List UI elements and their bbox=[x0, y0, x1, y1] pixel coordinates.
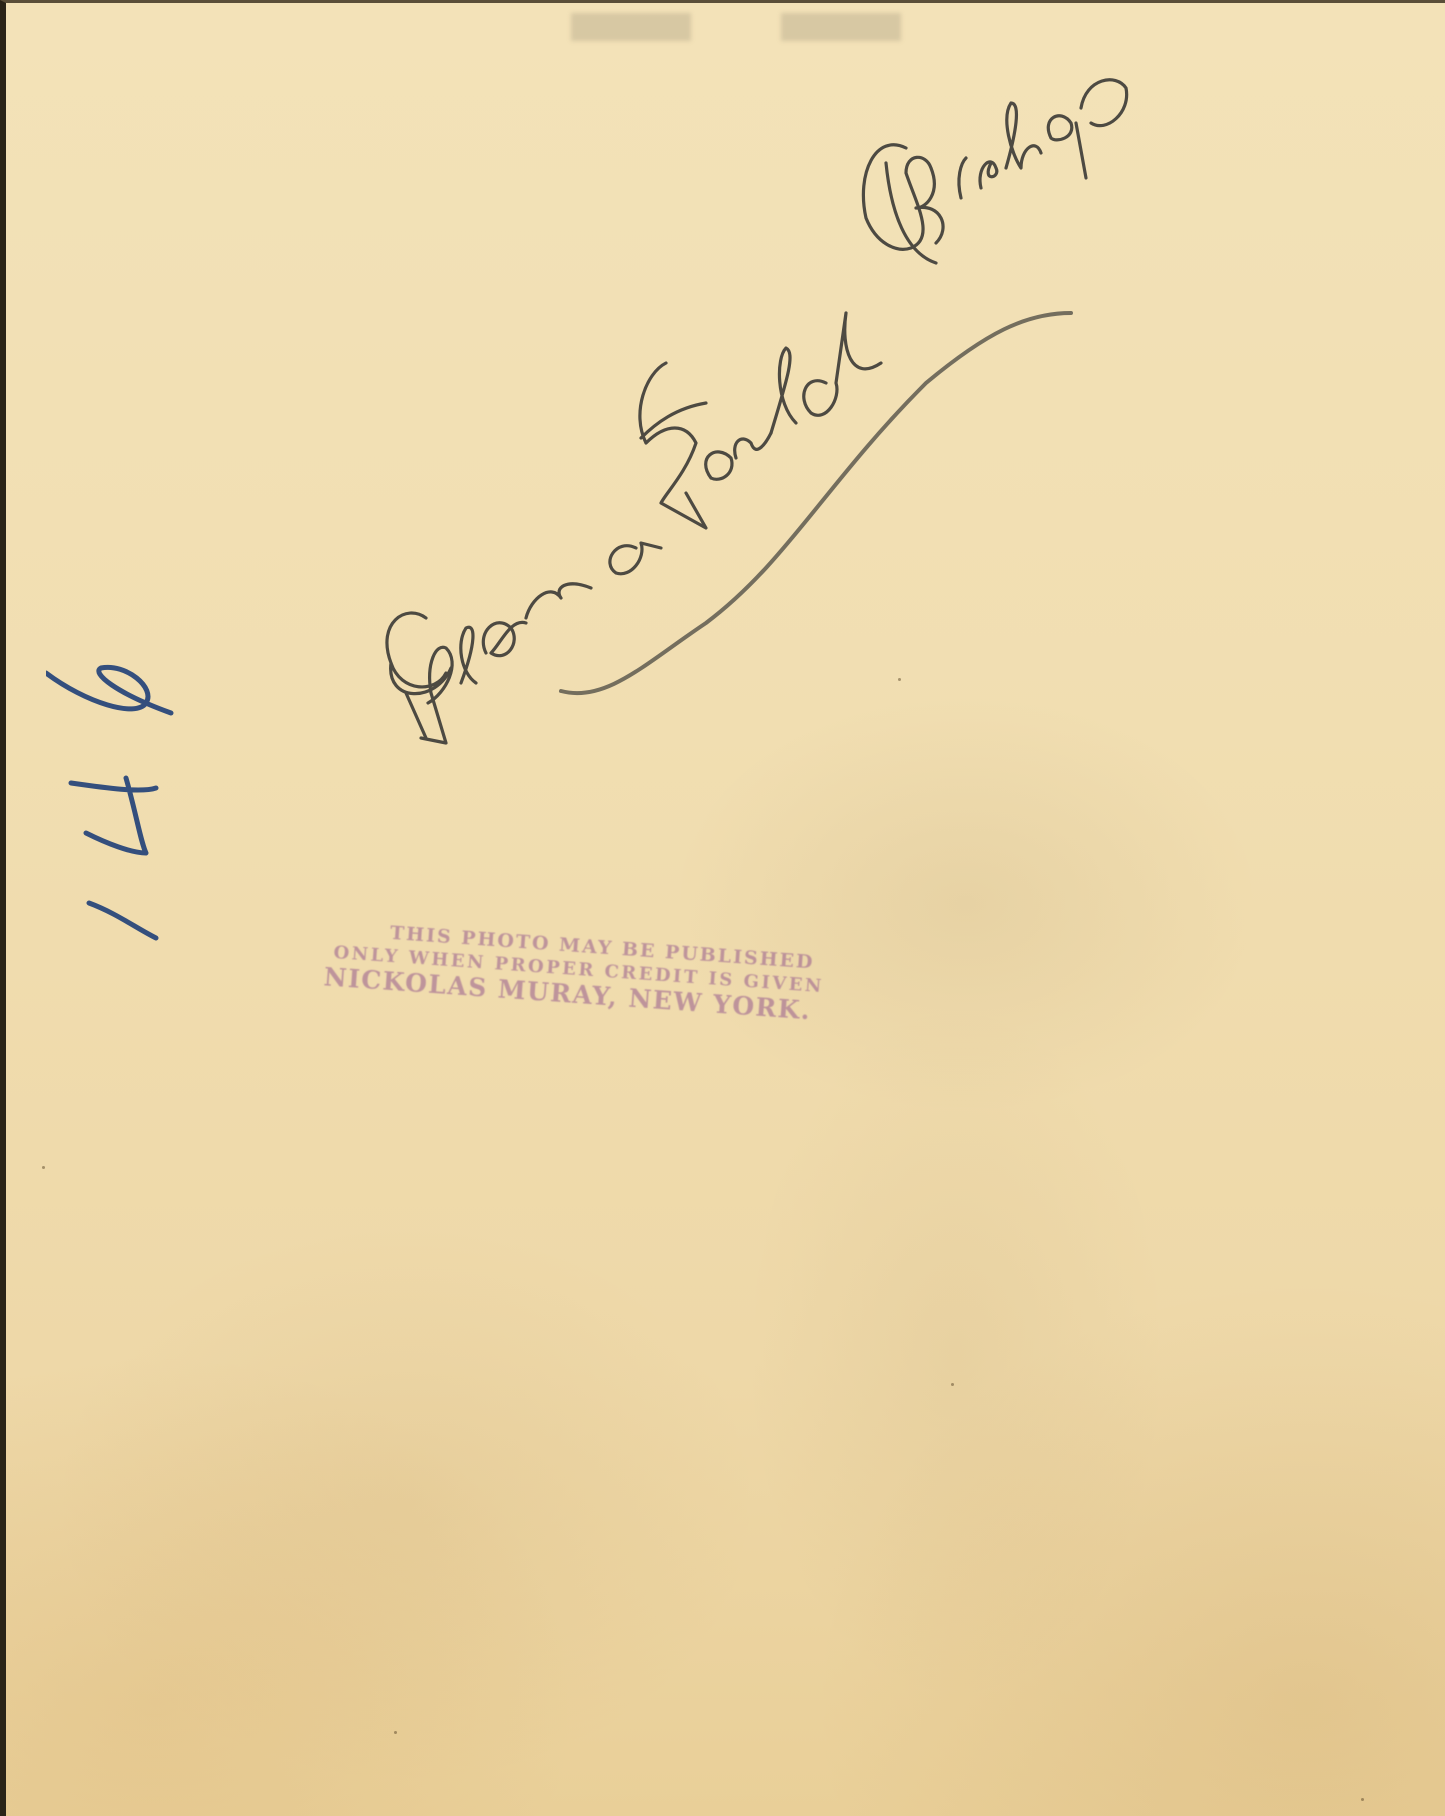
catalog-number-text: 947 bbox=[53, 703, 170, 894]
paper-speck bbox=[1361, 1798, 1364, 1801]
photograph-verso: Gloria Gould Bishop 947 This photo may b… bbox=[0, 0, 1445, 1816]
signature-handwriting bbox=[6, 3, 1445, 1816]
signature-text: Gloria Gould Bishop bbox=[301, 0, 1189, 495]
paper-speck bbox=[951, 1383, 954, 1386]
photographer-credit-stamp: This photo may be published only when pr… bbox=[331, 918, 875, 1029]
paper-speck bbox=[42, 1166, 45, 1169]
paper-speck bbox=[898, 678, 901, 681]
signature-underline bbox=[561, 313, 1071, 693]
catalog-number: 947 bbox=[46, 653, 176, 943]
paper-speck bbox=[394, 1731, 397, 1734]
tape-residue-left bbox=[571, 13, 691, 41]
